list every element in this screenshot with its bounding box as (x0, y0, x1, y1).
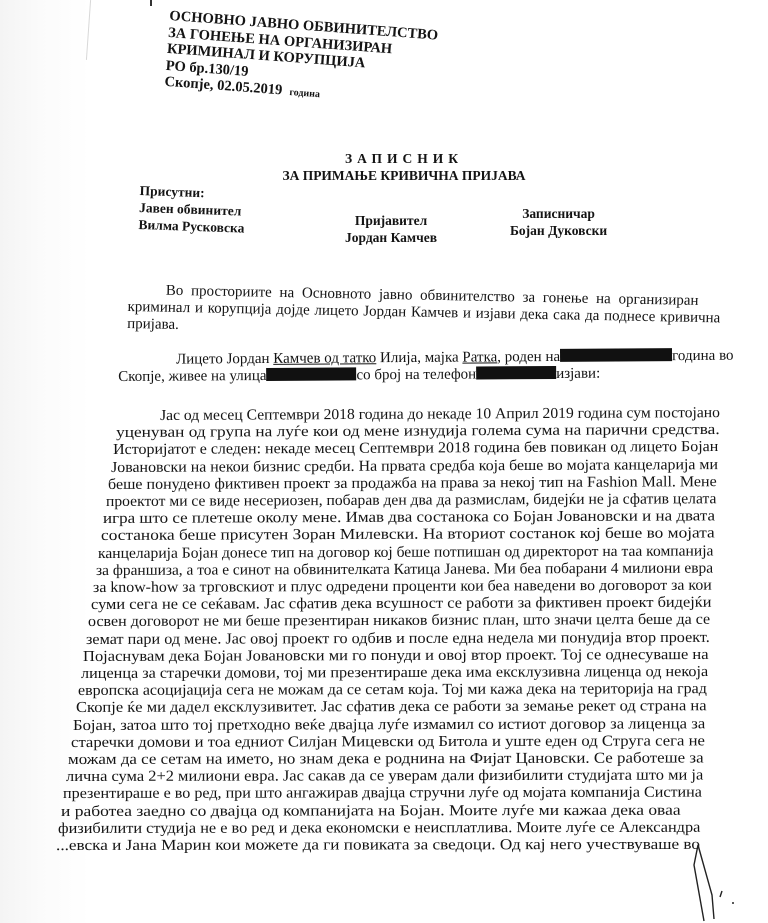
statement-line: Појаснувам дека Бојан Јовановски ми го п… (83, 646, 709, 665)
scanned-document-page: ОСНОВНО ЈАВНО ОБВИНИТЕЛСТВО ЗА ГОНЕЊЕ НА… (0, 0, 768, 923)
statement-line: лиценца за старечки домови, тој ми презе… (81, 663, 708, 682)
document-title: ЗАПИСНИК ЗА ПРИМАЊЕ КРИВИЧНА ПРИЈАВА (0, 150, 768, 184)
statement-line: физибилити студија не е во ред и дека ек… (58, 819, 700, 837)
redacted-address (266, 367, 356, 381)
present-block: Присутни: Јавен обвинител Вилма Русковск… (138, 182, 246, 237)
ink-mark (150, 0, 152, 6)
statement-line: европска асоцијација сега не можам да се… (78, 680, 707, 699)
paper-fold-line (86, 0, 91, 60)
intro-paragraph: Во просториите на Основното јавно обвини… (127, 282, 718, 344)
applicant-name: Јордан Камчев (345, 229, 437, 246)
handwritten-signature (690, 835, 750, 923)
recorder-role: Записничар (510, 205, 607, 222)
statement-line: старечки домови и тоа едниот Силјан Мице… (71, 732, 705, 751)
statement-line: лична сума 2+2 милиони евра. Јас сакав д… (66, 767, 703, 785)
statement-line: ...евска и Јана Марин кои можете да ги п… (56, 836, 700, 854)
statement-line: Историјатот е следен: некаде месец Септе… (113, 438, 718, 458)
identity-paragraph: Лицето Јордан Камчев од татко Илија, мај… (118, 348, 718, 386)
statement-line: можам да се сетам на името, но знам дека… (68, 749, 704, 768)
redacted-birthdate (560, 348, 672, 362)
recorder-block: Записничар Бојан Дуковски (510, 205, 607, 239)
statement-line: освен договорот не ми беше презентиран н… (88, 611, 710, 630)
statement-line: презентираше е во ред, при што ангажирав… (63, 784, 702, 802)
title-line-1: ЗАПИСНИК (0, 150, 768, 167)
statement-line: земат пари од мене. Јас овој проект го о… (86, 628, 710, 647)
recorder-name: Бојан Дуковски (510, 222, 607, 239)
institution-header: ОСНОВНО ЈАВНО ОБВИНИТЕЛСТВО ЗА ГОНЕЊЕ НА… (164, 8, 439, 112)
statement-line: и работеа заедно со двајца од компанијат… (61, 801, 681, 819)
redacted-phone (476, 366, 556, 380)
statement-line: за франшиза, а тоа е синот на обвинителк… (96, 559, 713, 578)
identity-line-2: Скопје, живее на улицасо број на телефон… (118, 365, 718, 386)
prosecutor-name: Вилма Русковска (138, 216, 244, 237)
statement-line: состанока беше присутен Зоран Милевски. … (101, 525, 715, 545)
statement-line: канцеларија Бојан донесе тип на договор … (98, 542, 713, 562)
applicant-role: Пријавител (345, 212, 437, 229)
statement-line: Скопје ќе ми дадел ексклузивитет. Јас сф… (76, 698, 707, 717)
title-line-2: ЗА ПРИМАЊЕ КРИВИЧНА ПРИЈАВА (0, 167, 768, 184)
statement-line: Бојан, затоа што тој претходно веќе двај… (73, 715, 705, 734)
applicant-block: Пријавител Јордан Камчев (345, 212, 437, 246)
